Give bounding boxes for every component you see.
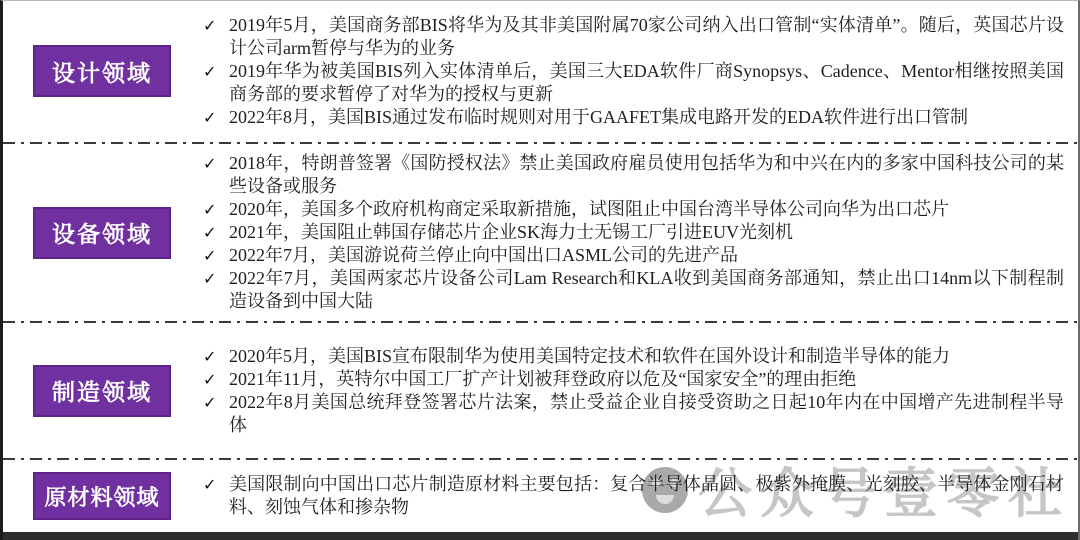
section-manufacturing: 制造领域 ✓2020年5月，美国BIS宣布限制华为使用美国特定技术和软件在国外设… xyxy=(3,323,1078,458)
section-design: 设计领域 ✓2019年5月，美国商务部BIS将华为及其非美国附属70家公司纳入出… xyxy=(3,1,1078,142)
bullet-text: 2022年7月，美国两家芯片设备公司Lam Research和KLA收到美国商务… xyxy=(229,267,1064,313)
bullet-item: ✓2019年华为被美国BIS列入实体清单后，美国三大EDA软件厂商Synopsy… xyxy=(203,60,1064,106)
bullet-item: ✓2019年5月，美国商务部BIS将华为及其非美国附属70家公司纳入出口管制“实… xyxy=(203,14,1064,60)
bullet-text: 2019年5月，美国商务部BIS将华为及其非美国附属70家公司纳入出口管制“实体… xyxy=(229,14,1064,60)
bullet-text: 2020年，美国多个政府机构商定采取新措施，试图阻止中国台湾半导体公司向华为出口… xyxy=(229,198,1064,221)
bullet-item: ✓2018年，特朗普签署《国防授权法》禁止美国政府雇员使用包括华为和中兴在内的多… xyxy=(203,152,1064,198)
section-materials-label-col: 原材料领域 xyxy=(3,472,203,520)
bullet-item: ✓2022年7月，美国游说荷兰停止向中国出口ASML公司的先进产品 xyxy=(203,244,1064,267)
bullet-text: 2021年11月，英特尔中国工厂扩产计划被拜登政府以危及“国家安全”的理由拒绝 xyxy=(229,368,1064,391)
bullet-item: ✓2021年11月，英特尔中国工厂扩产计划被拜登政府以危及“国家安全”的理由拒绝 xyxy=(203,368,1064,391)
checkmark-icon: ✓ xyxy=(203,221,229,244)
section-equipment: 设备领域 ✓2018年，特朗普签署《国防授权法》禁止美国政府雇员使用包括华为和中… xyxy=(3,144,1078,322)
section-equipment-bullets: ✓2018年，特朗普签署《国防授权法》禁止美国政府雇员使用包括华为和中兴在内的多… xyxy=(203,152,1078,313)
bullet-item: ✓美国限制向中国出口芯片制造原材料主要包括：复合半导体晶圆、极紫外掩膜、光刻胶、… xyxy=(203,473,1064,519)
checkmark-icon: ✓ xyxy=(203,152,229,175)
checkmark-icon: ✓ xyxy=(203,106,229,129)
section-equipment-label-col: 设备领域 xyxy=(3,207,203,259)
section-materials-label: 原材料领域 xyxy=(33,472,171,520)
checkmark-icon: ✓ xyxy=(203,368,229,391)
bullet-text: 2022年8月美国总统拜登签署芯片法案，禁止受益企业自接受资助之日起10年内在中… xyxy=(229,391,1064,437)
bullet-text: 美国限制向中国出口芯片制造原材料主要包括：复合半导体晶圆、极紫外掩膜、光刻胶、半… xyxy=(229,473,1064,519)
checkmark-icon: ✓ xyxy=(203,198,229,221)
bullet-text: 2019年华为被美国BIS列入实体清单后，美国三大EDA软件厂商Synopsys… xyxy=(229,60,1064,106)
bullet-text: 2020年5月，美国BIS宣布限制华为使用美国特定技术和软件在国外设计和制造半导… xyxy=(229,345,1064,368)
checkmark-icon: ✓ xyxy=(203,60,229,83)
section-equipment-label: 设备领域 xyxy=(33,207,171,259)
bullet-item: ✓2022年7月，美国两家芯片设备公司Lam Research和KLA收到美国商… xyxy=(203,267,1064,313)
checkmark-icon: ✓ xyxy=(203,391,229,414)
bullet-text: 2022年8月，美国BIS通过发布临时规则对用于GAAFET集成电路开发的EDA… xyxy=(229,106,1064,129)
bullet-item: ✓2022年8月美国总统拜登签署芯片法案，禁止受益企业自接受资助之日起10年内在… xyxy=(203,391,1064,437)
section-manufacturing-bullets: ✓2020年5月，美国BIS宣布限制华为使用美国特定技术和软件在国外设计和制造半… xyxy=(203,345,1078,437)
bullet-item: ✓2020年5月，美国BIS宣布限制华为使用美国特定技术和软件在国外设计和制造半… xyxy=(203,345,1064,368)
checkmark-icon: ✓ xyxy=(203,14,229,37)
section-design-bullets: ✓2019年5月，美国商务部BIS将华为及其非美国附属70家公司纳入出口管制“实… xyxy=(203,14,1078,129)
section-manufacturing-label-col: 制造领域 xyxy=(3,365,203,417)
bullet-item: ✓2020年，美国多个政府机构商定采取新措施，试图阻止中国台湾半导体公司向华为出… xyxy=(203,198,1064,221)
checkmark-icon: ✓ xyxy=(203,473,229,496)
section-manufacturing-label: 制造领域 xyxy=(33,365,171,417)
section-materials-bullets: ✓美国限制向中国出口芯片制造原材料主要包括：复合半导体晶圆、极紫外掩膜、光刻胶、… xyxy=(203,473,1078,519)
bullet-item: ✓2022年8月，美国BIS通过发布临时规则对用于GAAFET集成电路开发的ED… xyxy=(203,106,1064,129)
checkmark-icon: ✓ xyxy=(203,267,229,290)
bullet-item: ✓2021年，美国阻止韩国存储芯片企业SK海力士无锡工厂引进EUV光刻机 xyxy=(203,221,1064,244)
checkmark-icon: ✓ xyxy=(203,244,229,267)
section-materials: 原材料领域 ✓美国限制向中国出口芯片制造原材料主要包括：复合半导体晶圆、极紫外掩… xyxy=(3,460,1078,532)
checkmark-icon: ✓ xyxy=(203,345,229,368)
section-design-label: 设计领域 xyxy=(33,45,171,97)
bullet-text: 2022年7月，美国游说荷兰停止向中国出口ASML公司的先进产品 xyxy=(229,244,1064,267)
slide-frame: 公众号壹零社 设计领域 ✓2019年5月，美国商务部BIS将华为及其非美国附属7… xyxy=(0,0,1080,540)
bullet-text: 2018年，特朗普签署《国防授权法》禁止美国政府雇员使用包括华为和中兴在内的多家… xyxy=(229,152,1064,198)
bullet-text: 2021年，美国阻止韩国存储芯片企业SK海力士无锡工厂引进EUV光刻机 xyxy=(229,221,1064,244)
section-design-label-col: 设计领域 xyxy=(3,45,203,97)
bottom-frame-bar xyxy=(3,532,1078,540)
